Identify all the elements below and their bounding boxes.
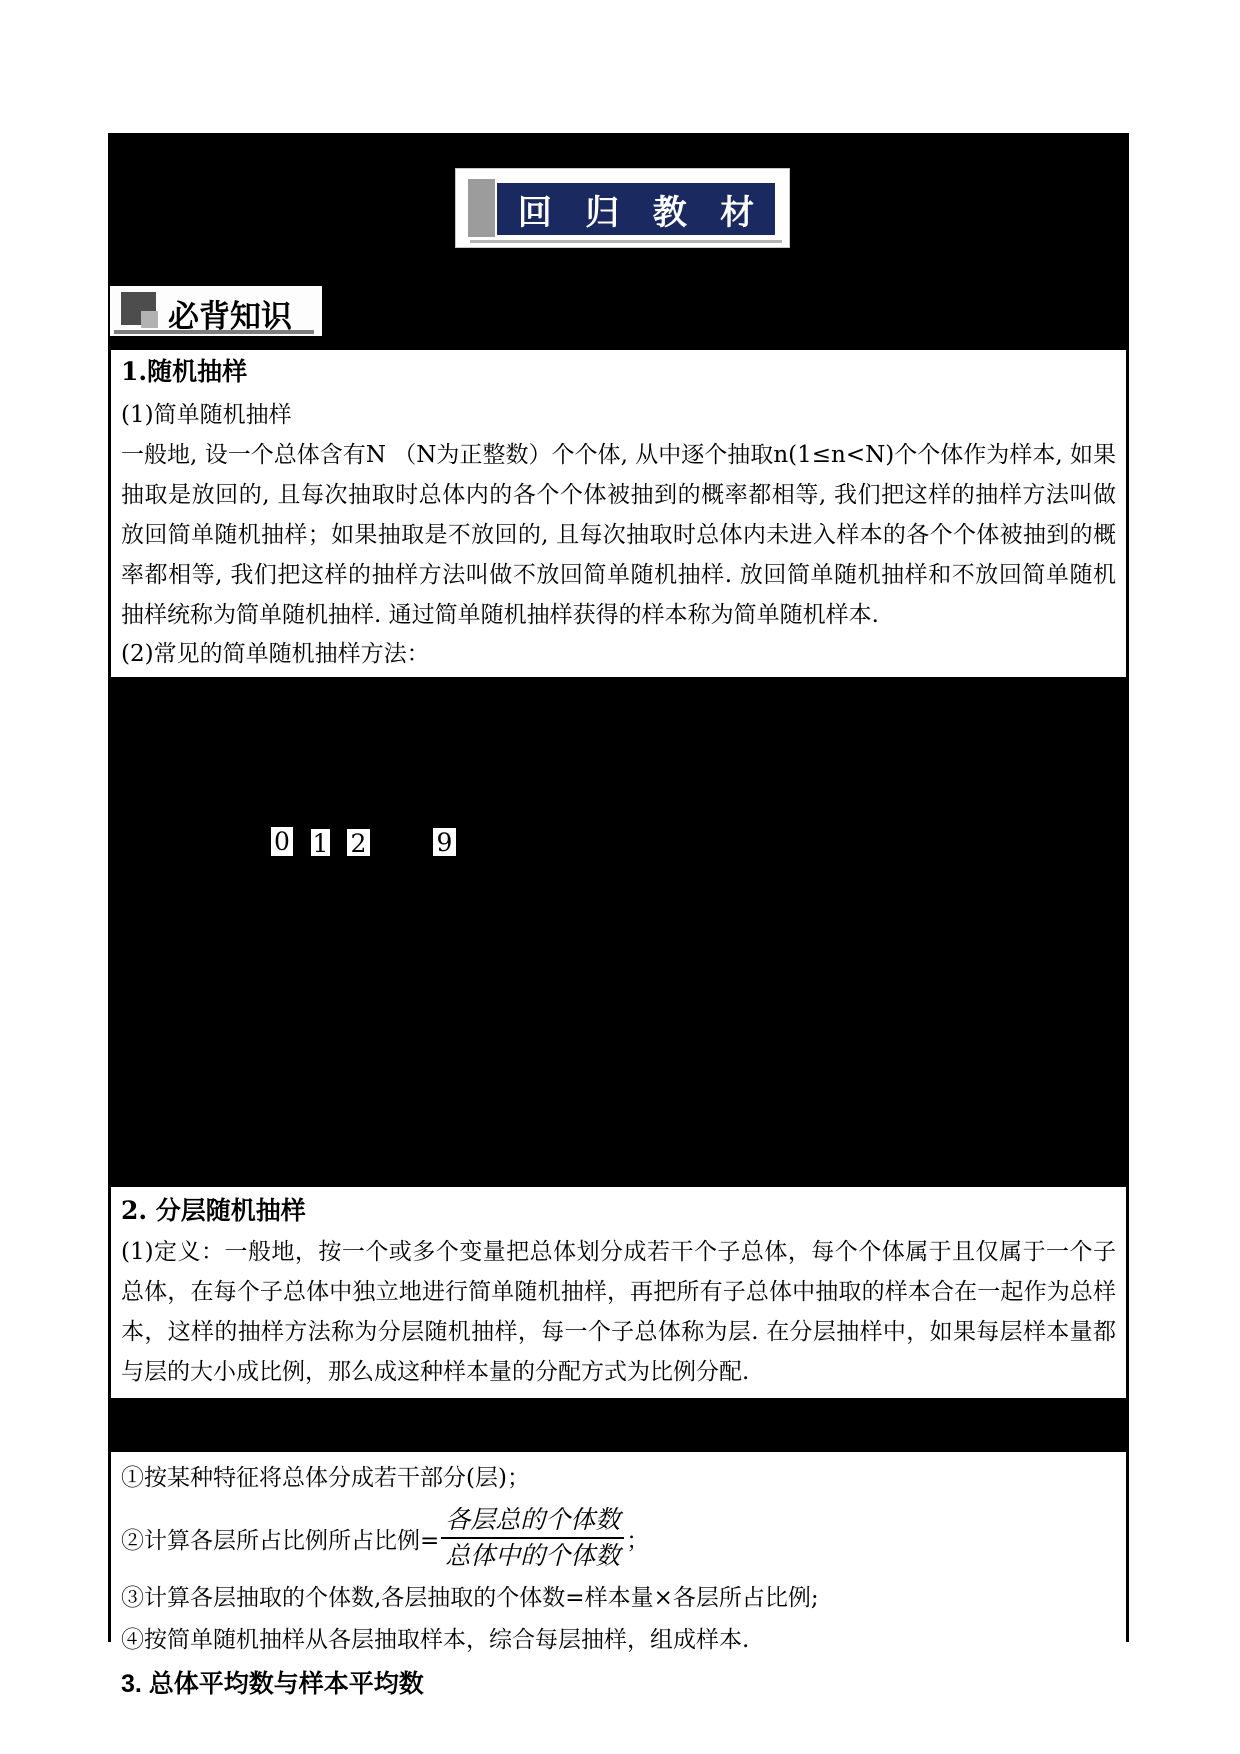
heading-stratified-sampling: 2. 分层随机抽样 <box>121 1195 1116 1227</box>
banner-band: 回 归 教 材 必背知识 <box>108 133 1129 350</box>
title-plate: 回 归 教 材 <box>455 168 790 248</box>
banner-tab-icon <box>468 179 495 237</box>
squares-icon <box>121 292 171 330</box>
step-2: ②计算各层所占比例所占比例= 各层总的个体数 总体中的个体数 ； <box>121 1504 1116 1572</box>
banner-underline <box>470 240 782 243</box>
heading-population-mean: 3. 总体平均数与样本平均数 <box>121 1668 1116 1700</box>
proportion-fraction: 各层总的个体数 总体中的个体数 <box>441 1504 624 1572</box>
figure-steps-strip <box>111 1398 1126 1452</box>
lottery-ticket-1: 1 <box>311 829 330 856</box>
figure-sampling-methods: 0 1 2 9 <box>111 677 1126 1187</box>
subheading-simple-random-sampling: (1)简单随机抽样 <box>121 400 1116 430</box>
step-3: ③计算各层抽取的个体数,各层抽取的个体数=样本量×各层所占比例; <box>121 1582 1116 1614</box>
lottery-ticket-9: 9 <box>433 828 456 856</box>
step-4: ④按简单随机抽样从各层抽取样本，综合每层抽样，组成样本. <box>121 1624 1116 1656</box>
paragraph-simple-random-sampling: 一般地, 设一个总体含有N （N为正整数）个个体, 从中逐个抽取n(1≤n<N)… <box>121 435 1116 635</box>
fraction-denominator: 总体中的个体数 <box>441 1539 624 1572</box>
square-light-icon <box>141 311 158 328</box>
document-page: 回 归 教 材 必背知识 1.随机抽样 (1)简单随机抽样 一般地, 设一个总体… <box>0 0 1240 1754</box>
lottery-ticket-2: 2 <box>347 829 370 856</box>
heading-random-sampling: 1.随机抽样 <box>121 356 1116 388</box>
lottery-ticket-0: 0 <box>271 827 293 856</box>
section-label-underline <box>114 330 314 334</box>
banner-title: 回 归 教 材 <box>497 183 775 235</box>
section-label: 必背知识 <box>110 286 322 336</box>
step-2-suffix: ； <box>626 1522 649 1555</box>
fraction-numerator: 各层总的个体数 <box>441 1504 624 1539</box>
step-1: ①按某种特征将总体分成若干部分(层)； <box>121 1462 1116 1494</box>
content-panel: 1.随机抽样 (1)简单随机抽样 一般地, 设一个总体含有N （N为正整数）个个… <box>108 350 1129 1642</box>
step-2-prefix: ②计算各层所占比例所占比例= <box>121 1522 439 1555</box>
subheading-common-methods: (2)常见的简单随机抽样方法： <box>121 639 1116 669</box>
paragraph-stratified-definition: (1)定义：一般地，按一个或多个变量把总体划分成若干个子总体，每个个体属于且仅属… <box>121 1232 1116 1392</box>
